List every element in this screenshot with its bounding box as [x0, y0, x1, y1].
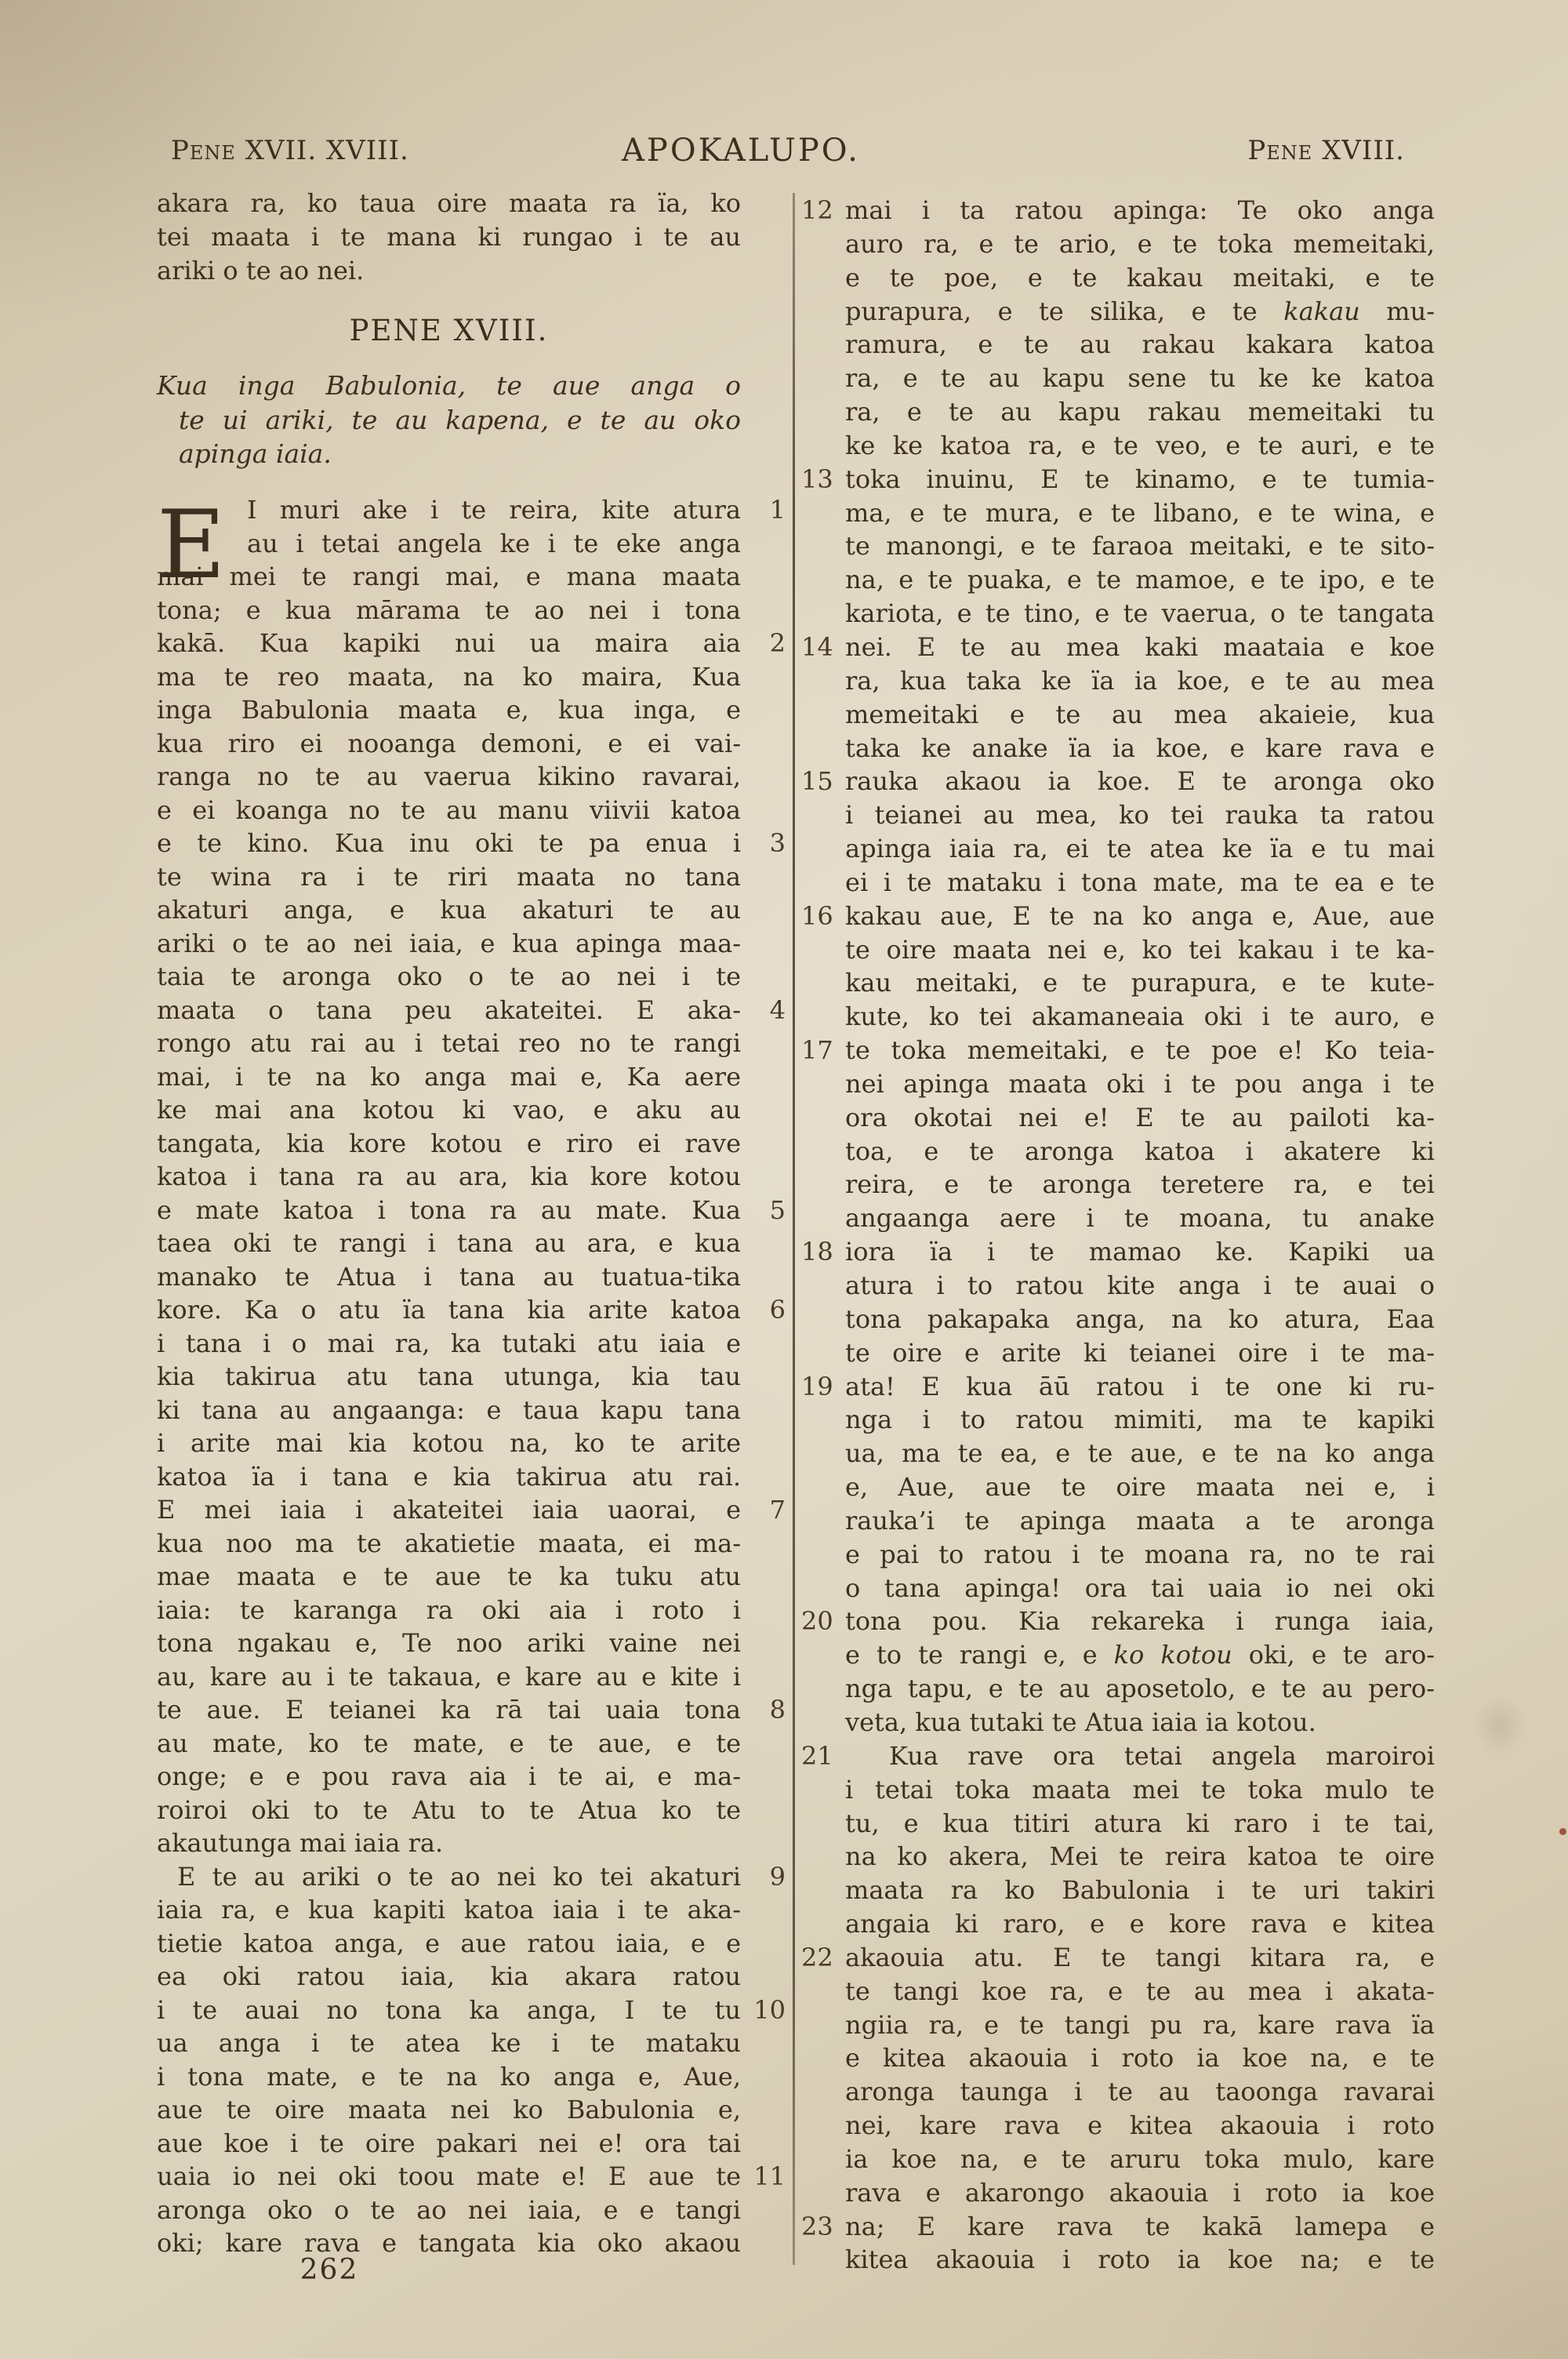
text-line: memeitaki e te au mea akaieie, kua	[845, 698, 1435, 732]
text-line: kitea akaouia i roto ia koe na; e te	[845, 2243, 1435, 2277]
text-line: ma te reo maata, na ko maira, Kua	[157, 660, 741, 694]
text-line: kore. Ka o atu ïa tana kia arite katoa6	[157, 1293, 741, 1327]
verse-number: 2	[741, 627, 786, 660]
verse-number: 9	[741, 1860, 786, 1894]
text-line: e kitea akaouia i roto ia koe na, e te	[845, 2041, 1435, 2075]
text-line: na ko akera, Mei te reira katoa te oire	[845, 1840, 1435, 1874]
text-line: ke ke katoa ra, e te veo, e te auri, e t…	[845, 429, 1435, 463]
text-line: toka inuinu, E te kinamo, e te tumia-13	[845, 463, 1435, 496]
text-line: taia te aronga oko o te ao nei i te	[157, 960, 741, 994]
text-line: nei apinga maata oki i te pou anga i te	[845, 1067, 1435, 1101]
text-line: ma, e te mura, e te libano, e te wina, e	[845, 496, 1435, 530]
text-line: rongo atu rai au i tetai reo no te rangi	[157, 1027, 741, 1060]
text-line: te wina ra i te riri maata no tana	[157, 860, 741, 894]
verse-number: 14	[801, 631, 842, 664]
text-line: ra, kua taka ke ïa ia koe, e te au mea	[845, 664, 1435, 698]
text-line: te oire e arite ki teianei oire i te ma-	[845, 1336, 1435, 1370]
text-line: te ui ariki, te au kapena, e te au oko	[157, 403, 741, 438]
text-line: te tangi koe ra, e te au mea i akata-	[845, 1975, 1435, 2008]
text-line: onge; e e pou rava aia i te ai, e ma-	[157, 1760, 741, 1794]
verse-number: 20	[801, 1605, 842, 1638]
text-line: angaia ki raro, e e kore rava e kitea	[845, 1907, 1435, 1941]
right-column-verses: mai i ta ratou apinga: Te oko anga12auro…	[845, 194, 1435, 2277]
verse-number: 10	[741, 1994, 786, 2027]
text-line: aue koe i te oire pakari nei e! ora tai	[157, 2127, 741, 2161]
text-line: ata! E kua āū ratou i te one ki ru-19	[845, 1370, 1435, 1404]
text-line: tangata, kia kore kotou e riro ei rave	[157, 1127, 741, 1161]
text-line: E te au ariki o te ao nei ko tei akaturi…	[157, 1860, 741, 1894]
text-line: e te kino. Kua inu oki te pa enua i3	[157, 827, 741, 860]
verse-number: 16	[801, 900, 842, 933]
text-line: manako te Atua i tana au tuatua-tika	[157, 1260, 741, 1294]
text-line: apinga iaia.	[157, 437, 741, 471]
text-line: nga tapu, e te au aposetolo, e te au per…	[845, 1672, 1435, 1706]
text-line: kua riro ei nooanga demoni, e ei vai-	[157, 727, 741, 761]
text-line: o tana apinga! ora tai uaia io nei oki	[845, 1572, 1435, 1605]
text-line: tei maata i te mana ki rungao i te au	[157, 220, 741, 254]
text-line: Kua rave ora tetai angela maroiroi21	[845, 1739, 1435, 1773]
text-line: tona pakapaka anga, na ko atura, Eaa	[845, 1303, 1435, 1336]
text-line: taea oki te rangi i tana au ara, e kua	[157, 1227, 741, 1260]
text-line: rauka akaou ia koe. E te aronga oko15	[845, 765, 1435, 798]
text-line: mai, i te na ko anga mai e, Ka aere	[157, 1060, 741, 1094]
text-line: akaouia atu. E te tangi kitara ra, e22	[845, 1941, 1435, 1975]
text-line: ora okotai nei e! E te au pailoti ka-	[845, 1101, 1435, 1135]
text-line: ki tana au angaanga: e taua kapu tana	[157, 1394, 741, 1427]
text-line: inga Babulonia maata e, kua inga, e	[157, 693, 741, 727]
text-line: kute, ko tei akamaneaia oki i te auro, e	[845, 1000, 1435, 1034]
text-line: iaia ra, e kua kapiti katoa iaia i te ak…	[157, 1893, 741, 1927]
text-segment: e to te rangi e, e	[845, 1640, 1114, 1670]
text-line: iaia: te karanga ra oki aia i roto i	[157, 1594, 741, 1627]
text-line: uaia io nei oki toou mate e! E aue te11	[157, 2160, 741, 2194]
text-line: auro ra, e te ario, e te toka memeitaki,	[845, 227, 1435, 261]
text-line: te manongi, e te faraoa meitaki, e te si…	[845, 529, 1435, 563]
text-line: purapura, e te silika, e te kakau mu-	[845, 295, 1435, 329]
text-line: ariki o te ao nei.	[157, 254, 741, 288]
text-line: au i tetai angela ke i te eke anga	[157, 527, 741, 561]
paper-speck	[1559, 1828, 1566, 1835]
text-line: mai i ta ratou apinga: Te oko anga12	[845, 194, 1435, 227]
text-line: taka ke anake ïa ia koe, e kare rava e	[845, 732, 1435, 765]
text-line: roiroi oki to te Atu to te Atua ko te	[157, 1794, 741, 1827]
italic-phrase: kakau	[1283, 296, 1360, 326]
text-line: akaturi anga, e kua akaturi te au	[157, 893, 741, 927]
text-line: i teianei au mea, ko tei rauka ta ratou	[845, 798, 1435, 832]
text-line: i tana i o mai ra, ka tutaki atu iaia e	[157, 1327, 741, 1361]
verse-number: 3	[741, 827, 786, 860]
left-column-intro: akara ra, ko taua oire maata ra ïa, kote…	[157, 187, 741, 288]
text-line: tona ngakau e, Te noo ariki vaine nei	[157, 1627, 741, 1660]
text-line: ea oki ratou iaia, kia akara ratou	[157, 1960, 741, 1994]
verse-number: 8	[741, 1693, 786, 1727]
running-head-left: Pene XVII. XVIII.	[171, 132, 409, 169]
text-line: na, e te puaka, e te mamoe, e te ipo, e …	[845, 563, 1435, 597]
text-line: ra, e te au kapu sene tu ke ke katoa	[845, 362, 1435, 395]
text-line: kua noo ma te akatietie maata, ei ma-	[157, 1527, 741, 1561]
text-line: e pai to ratou i te moana ra, no te rai	[845, 1538, 1435, 1572]
paper-smudge	[1472, 1694, 1527, 1757]
text-line: Kua inga Babulonia, te aue anga o	[157, 369, 741, 403]
page-number: 262	[172, 2254, 486, 2286]
text-line: nei, kare rava e kitea akaouia i roto	[845, 2109, 1435, 2143]
verse-number: 6	[741, 1293, 786, 1327]
text-line: ei i te mataku i tona mate, ma te ea e t…	[845, 866, 1435, 900]
text-line: e, Aue, aue te oire maata nei e, i	[845, 1470, 1435, 1504]
verse-number: 12	[801, 194, 842, 227]
text-line: iora ïa i te mamao ke. Kapiki ua18	[845, 1235, 1435, 1269]
verse-number: 18	[801, 1235, 842, 1269]
text-line: ke mai ana kotou ki vao, e aku au	[157, 1093, 741, 1127]
text-line: veta, kua tutaki te Atua iaia ia kotou.	[845, 1706, 1435, 1739]
text-line: katoa i tana ra au ara, kia kore kotou	[157, 1160, 741, 1194]
text-line: aronga taunga i te au taoonga ravarai	[845, 2075, 1435, 2109]
text-line: ia koe na, e te aruru toka mulo, kare	[845, 2143, 1435, 2176]
text-segment: purapura, e te silika, e te	[845, 296, 1283, 326]
text-line: tu, e kua titiri atura ki raro i te tai,	[845, 1807, 1435, 1841]
text-line: katoa ïa i tana e kia takirua atu rai.	[157, 1460, 741, 1494]
text-line: akautunga mai iaia ra.	[157, 1826, 741, 1860]
text-line: akara ra, ko taua oire maata ra ïa, ko	[157, 187, 741, 220]
verse-number: 21	[801, 1739, 842, 1773]
verse-number: 11	[741, 2160, 786, 2194]
italic-phrase: ko kotou	[1114, 1640, 1232, 1670]
text-line: E mei iaia i akateitei iaia uaorai, e7	[157, 1493, 741, 1527]
verse-number: 23	[801, 2210, 842, 2244]
verse-number: 7	[741, 1493, 786, 1527]
text-line: kau meitaki, e te purapura, e te kute-	[845, 966, 1435, 1000]
text-line: toa, e te aronga katoa i akatere ki	[845, 1135, 1435, 1169]
text-line: kakau aue, E te na ko anga e, Aue, aue16	[845, 900, 1435, 933]
text-line: mai mei te rangi mai, e mana maata	[157, 560, 741, 594]
text-line: i arite mai kia kotou na, ko te arite	[157, 1427, 741, 1460]
text-line: mae maata e te aue te ka tuku atu	[157, 1560, 741, 1594]
text-line: nga i to ratou mimiti, ma te kapiki	[845, 1403, 1435, 1437]
text-line: e mate katoa i tona ra au mate. Kua5	[157, 1194, 741, 1227]
text-line: tona pou. Kia rekareka i runga iaia,20	[845, 1605, 1435, 1638]
text-line: reira, e te aronga teretere ra, e tei	[845, 1168, 1435, 1201]
verse-number: 5	[741, 1194, 786, 1227]
text-segment: oki, e te aro-	[1232, 1640, 1435, 1670]
text-line: ariki o te ao nei iaia, e kua apinga maa…	[157, 927, 741, 961]
left-column-verses: E I muri ake i te reira, kite atura1au i…	[157, 493, 741, 2260]
text-line: tietie katoa anga, e aue ratou iaia, e e	[157, 1927, 741, 1961]
running-head-title: APOKALUPO.	[533, 132, 949, 169]
text-line: atura i to ratou kite anga i te auai o	[845, 1269, 1435, 1303]
verse-number: 17	[801, 1034, 842, 1067]
text-line: e to te rangi e, e ko kotou oki, e te ar…	[845, 1638, 1435, 1672]
text-line: aronga oko o te ao nei iaia, e e tangi	[157, 2194, 741, 2227]
text-line: ua, ma te ea, e te aue, e te na ko anga	[845, 1437, 1435, 1470]
verse-number: 15	[801, 765, 842, 798]
column-divider-rule	[793, 193, 795, 2265]
text-line: rava e akarongo akaouia i roto ia koe	[845, 2176, 1435, 2210]
text-line: nei. E te au mea kaki maataia e koe14	[845, 631, 1435, 664]
text-line: e ei koanga no te au manu viivii katoa	[157, 794, 741, 827]
text-line: te aue. E teianei ka rā tai uaia tona8	[157, 1693, 741, 1727]
text-line: kia takirua atu tana utunga, kia tau	[157, 1360, 741, 1394]
text-line: angaanga aere i te moana, tu anake	[845, 1201, 1435, 1235]
text-line: au, kare au i te takaua, e kare au e kit…	[157, 1660, 741, 1694]
text-line: kariota, e te tino, e te vaerua, o te ta…	[845, 597, 1435, 631]
verse-number: 4	[741, 994, 786, 1027]
text-line: ngiia ra, e te tangi pu ra, kare rava ïa	[845, 2008, 1435, 2042]
text-line: ra, e te au kapu rakau memeitaki tu	[845, 395, 1435, 429]
text-line: na; E kare rava te kakā lamepa e23	[845, 2210, 1435, 2244]
text-line: maata ra ko Babulonia i te uri takiri	[845, 1874, 1435, 1907]
text-line: kakā. Kua kapiki nui ua maira aia2	[157, 627, 741, 660]
chapter-summary: Kua inga Babulonia, te aue anga ote ui a…	[157, 369, 741, 471]
scanned-book-page: { "page": { "number": "262", "colors": {…	[0, 0, 1568, 2359]
text-line: tona; e kua mārama te ao nei i tona	[157, 594, 741, 627]
text-line: i tona mate, e te na ko anga e, Aue,	[157, 2060, 741, 2094]
text-line: i tetai toka maata mei te toka mulo te	[845, 1773, 1435, 1807]
text-line: au mate, ko te mate, e te aue, e te	[157, 1727, 741, 1761]
verse-number: 13	[801, 463, 842, 496]
chapter-heading: PENE XVIII.	[157, 312, 741, 350]
text-line: i te auai no tona ka anga, I te tu10	[157, 1994, 741, 2027]
text-line: te toka memeitaki, e te poe e! Ko teia-1…	[845, 1034, 1435, 1067]
text-line: ramura, e te au rakau kakara katoa	[845, 328, 1435, 362]
text-line: apinga iaia ra, ei te atea ke ïa e tu ma…	[845, 832, 1435, 866]
text-line: aue te oire maata nei ko Babulonia e,	[157, 2093, 741, 2127]
text-segment: mu-	[1360, 296, 1435, 326]
text-line: I muri ake i te reira, kite atura1	[157, 493, 741, 527]
text-line: ranga no te au vaerua kikino ravarai,	[157, 760, 741, 794]
verse-number: 1	[741, 493, 786, 527]
text-line: ua anga i te atea ke i te mataku	[157, 2026, 741, 2060]
verse-number: 19	[801, 1370, 842, 1404]
text-line: maata o tana peu akateitei. E aka-4	[157, 994, 741, 1027]
text-line: rauka’i te apinga maata a te aronga	[845, 1504, 1435, 1538]
verse-number: 22	[801, 1941, 842, 1975]
text-line: e te poe, e te kakau meitaki, e te	[845, 261, 1435, 295]
text-line: te oire maata nei e, ko tei kakau i te k…	[845, 933, 1435, 967]
running-head-right: Pene XVIII.	[1176, 132, 1405, 169]
